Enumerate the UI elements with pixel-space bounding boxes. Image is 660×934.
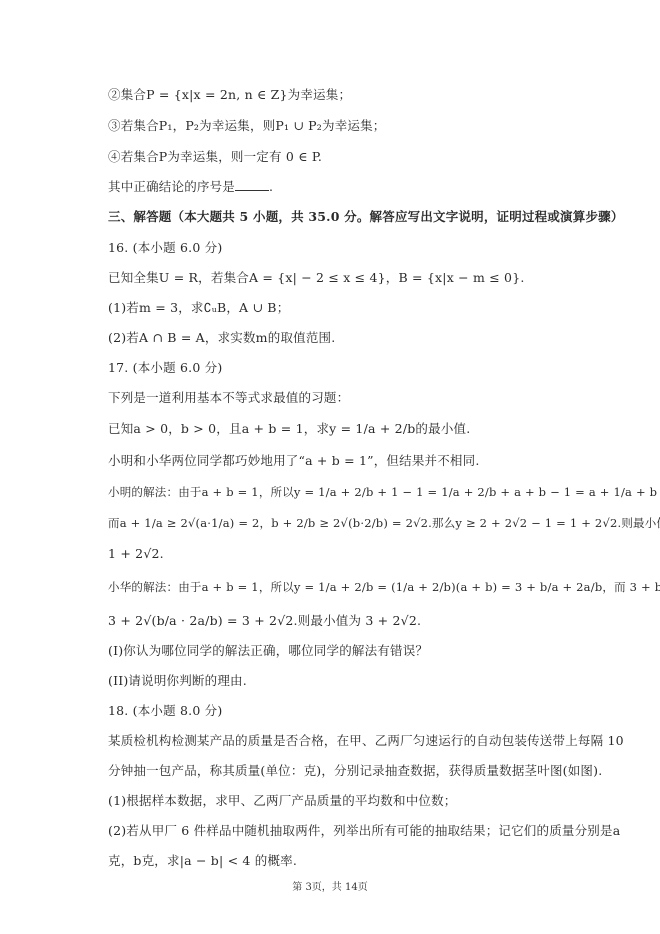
q18-part-2-2: 克，b克，求|a − b| < 4 的概率. [108, 852, 297, 870]
q17-xiaohua-solution-1: 小华的解法：由于a + b = 1，所以y = 1/a + 2/b = (1/a… [108, 578, 660, 596]
q18-header: 18. (本小题 8.0 分) [108, 702, 222, 720]
q17-xiaoming-solution-3: 1 + 2√2. [108, 545, 164, 563]
q15-prompt-text: 其中正确结论的序号是 [108, 179, 235, 194]
q15-answer-prompt: 其中正确结论的序号是. [108, 178, 273, 196]
q18-stem-1: 某质检机构检测某产品的质量是否合格，在甲、乙两厂匀速运行的自动包装传送带上每隔 … [108, 732, 624, 750]
q15-statement-3: ③若集合P₁，P₂为幸运集，则P₁ ∪ P₂为幸运集； [108, 117, 386, 135]
q17-part-1: (I)你认为哪位同学的解法正确，哪位同学的解法有错误？ [108, 642, 428, 660]
q18-part-1: (1)根据样本数据，求甲、乙两厂产品质量的平均数和中位数； [108, 792, 457, 810]
q15-statement-2: ②集合P = {x|x = 2n, n ∈ Z}为幸运集； [108, 86, 351, 104]
q17-problem: 已知a > 0，b > 0，且a + b = 1，求y = 1/a + 2/b的… [108, 420, 470, 438]
q17-part-2: (II)请说明你判断的理由. [108, 672, 247, 690]
q18-stem-2: 分钟抽一包产品，称其质量(单位：克)，分别记录抽查数据，获得质量数据茎叶图(如图… [108, 762, 602, 780]
q17-xiaohua-solution-2: 3 + 2√(b/a · 2a/b) = 3 + 2√2.则最小值为 3 + 2… [108, 612, 421, 630]
q16-stem: 已知全集U = R，若集合A = {x| − 2 ≤ x ≤ 4}，B = {x… [108, 269, 525, 287]
q15-statement-4: ④若集合P为幸运集，则一定有 0 ∈ P. [108, 148, 322, 166]
q17-header: 17. (本小题 6.0 分) [108, 359, 222, 377]
page-footer: 第 3页，共 14页 [0, 878, 660, 893]
section-header: 三、解答题（本大题共 5 小题，共 35.0 分。解答应写出文字说明，证明过程或… [108, 208, 624, 226]
q17-xiaoming-solution-2: 而a + 1/a ≥ 2√(a·1/a) = 2，b + 2/b ≥ 2√(b·… [108, 514, 660, 532]
exam-page: ②集合P = {x|x = 2n, n ∈ Z}为幸运集； ③若集合P₁，P₂为… [0, 0, 660, 934]
q18-part-2-1: (2)若从甲厂 6 件样品中随机抽取两件，列举出所有可能的抽取结果；记它们的质量… [108, 822, 620, 840]
q16-part-1: (1)若m = 3，求∁ᵤB，A ∪ B； [108, 299, 289, 317]
blank-suffix: . [269, 179, 273, 194]
answer-blank [235, 178, 269, 191]
q17-note: 小明和小华两位同学都巧妙地用了“a + b = 1”，但结果并不相同. [108, 452, 480, 470]
q17-intro: 下列是一道利用基本不等式求最值的习题： [108, 389, 349, 407]
q16-header: 16. (本小题 6.0 分) [108, 239, 222, 257]
q17-xiaoming-solution-1: 小明的解法：由于a + b = 1，所以y = 1/a + 2/b + 1 − … [108, 483, 660, 501]
q16-part-2: (2)若A ∩ B = A，求实数m的取值范围. [108, 329, 335, 347]
